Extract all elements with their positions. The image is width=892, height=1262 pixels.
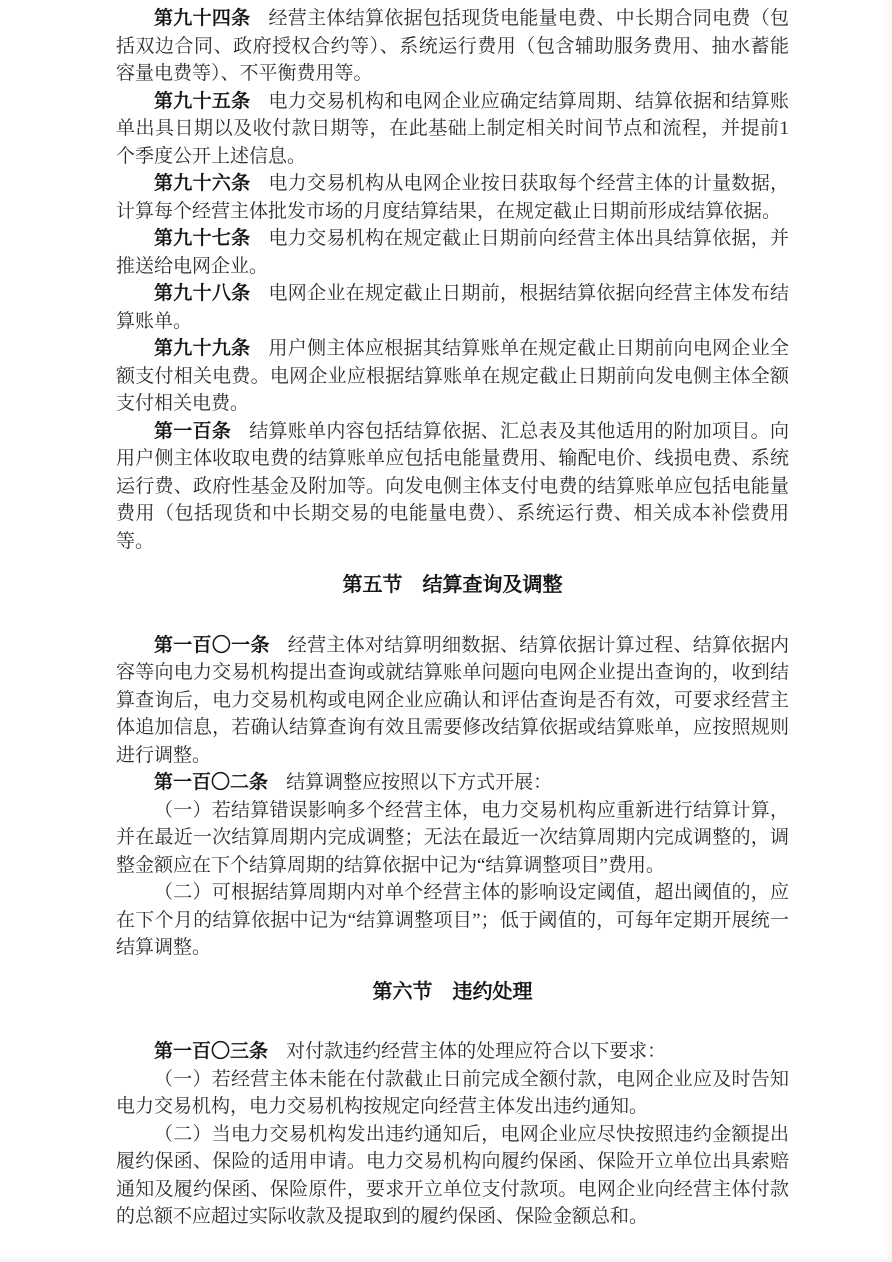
article-number: 第九十四条: [154, 8, 250, 29]
article-number: 第九十八条: [154, 283, 250, 304]
article-paragraph: 第九十五条电力交易机构和电网企业应确定结算周期、结算依据和结算账单出具日期以及收…: [116, 88, 789, 171]
page-right-edge-shade: [885, 0, 892, 1262]
section-heading: 第五节 结算查询及调整: [116, 572, 789, 600]
paragraph-text: （二）可根据结算周期内对单个经营主体的影响设定阈值，超出阈值的，应在下个月的结算…: [116, 882, 789, 958]
paragraph-text: （二）当电力交易机构发出违约通知后，电网企业应尽快按照违约金额提出履约保函、保险…: [116, 1124, 789, 1228]
sub-item-paragraph: （一）若结算错误影响多个经营主体，电力交易机构应重新进行结算计算，并在最近一次结…: [116, 797, 789, 880]
article-paragraph: 第九十八条电网企业在规定截止日期前，根据结算依据向经营主体发布结算账单。: [116, 280, 789, 335]
section-heading: 第六节 违约处理: [116, 979, 789, 1007]
article-paragraph: 第九十九条用户侧主体应根据其结算账单在规定截止日期前向电网企业全额支付相关电费。…: [116, 335, 789, 418]
article-number: 第九十九条: [154, 338, 250, 359]
article-number: 第九十七条: [154, 228, 250, 249]
article-paragraph: 第九十四条经营主体结算依据包括现货电能量电费、中长期合同电费（包括双边合同、政府…: [116, 5, 789, 88]
article-number: 第一百条: [154, 421, 231, 442]
sub-item-paragraph: （二）当电力交易机构发出违约通知后，电网企业应尽快按照违约金额提出履约保函、保险…: [116, 1121, 789, 1231]
article-number: 第一百〇三条: [154, 1041, 268, 1062]
article-paragraph: 第九十六条电力交易机构从电网企业按日获取每个经营主体的计量数据，计算每个经营主体…: [116, 170, 789, 225]
article-number: 第九十六条: [154, 173, 250, 194]
article-paragraph: 第一百〇一条经营主体对结算明细数据、结算依据计算过程、结算依据内容等向电力交易机…: [116, 632, 789, 770]
article-number: 第九十五条: [154, 91, 250, 112]
paragraph-text: 对付款违约经营主体的处理应符合以下要求：: [286, 1041, 666, 1062]
page-bottom-edge-shade: [0, 1254, 892, 1262]
sub-item-paragraph: （二）可根据结算周期内对单个经营主体的影响设定阈值，超出阈值的，应在下个月的结算…: [116, 879, 789, 962]
paragraph-text: （一）若经营主体未能在付款截止日前完成全额付款，电网企业应及时告知电力交易机构，…: [116, 1069, 789, 1118]
paragraph-text: （一）若结算错误影响多个经营主体，电力交易机构应重新进行结算计算，并在最近一次结…: [116, 800, 789, 876]
article-paragraph: 第一百条结算账单内容包括结算依据、汇总表及其他适用的附加项目。向用户侧主体收取电…: [116, 418, 789, 556]
paragraph-text: 结算调整应按照以下方式开展：: [286, 772, 552, 793]
article-number: 第一百〇一条: [154, 635, 270, 656]
article-number: 第一百〇二条: [154, 772, 268, 793]
article-paragraph: 第一百〇二条结算调整应按照以下方式开展：: [116, 769, 789, 797]
article-paragraph: 第一百〇三条对付款违约经营主体的处理应符合以下要求：: [116, 1038, 789, 1066]
article-paragraph: 第九十七条电力交易机构在规定截止日期前向经营主体出具结算依据，并推送给电网企业。: [116, 225, 789, 280]
document-body: 第九十四条经营主体结算依据包括现货电能量电费、中长期合同电费（包括双边合同、政府…: [116, 5, 789, 1231]
sub-item-paragraph: （一）若经营主体未能在付款截止日前完成全额付款，电网企业应及时告知电力交易机构，…: [116, 1066, 789, 1121]
document-page: 第九十四条经营主体结算依据包括现货电能量电费、中长期合同电费（包括双边合同、政府…: [0, 0, 892, 1262]
